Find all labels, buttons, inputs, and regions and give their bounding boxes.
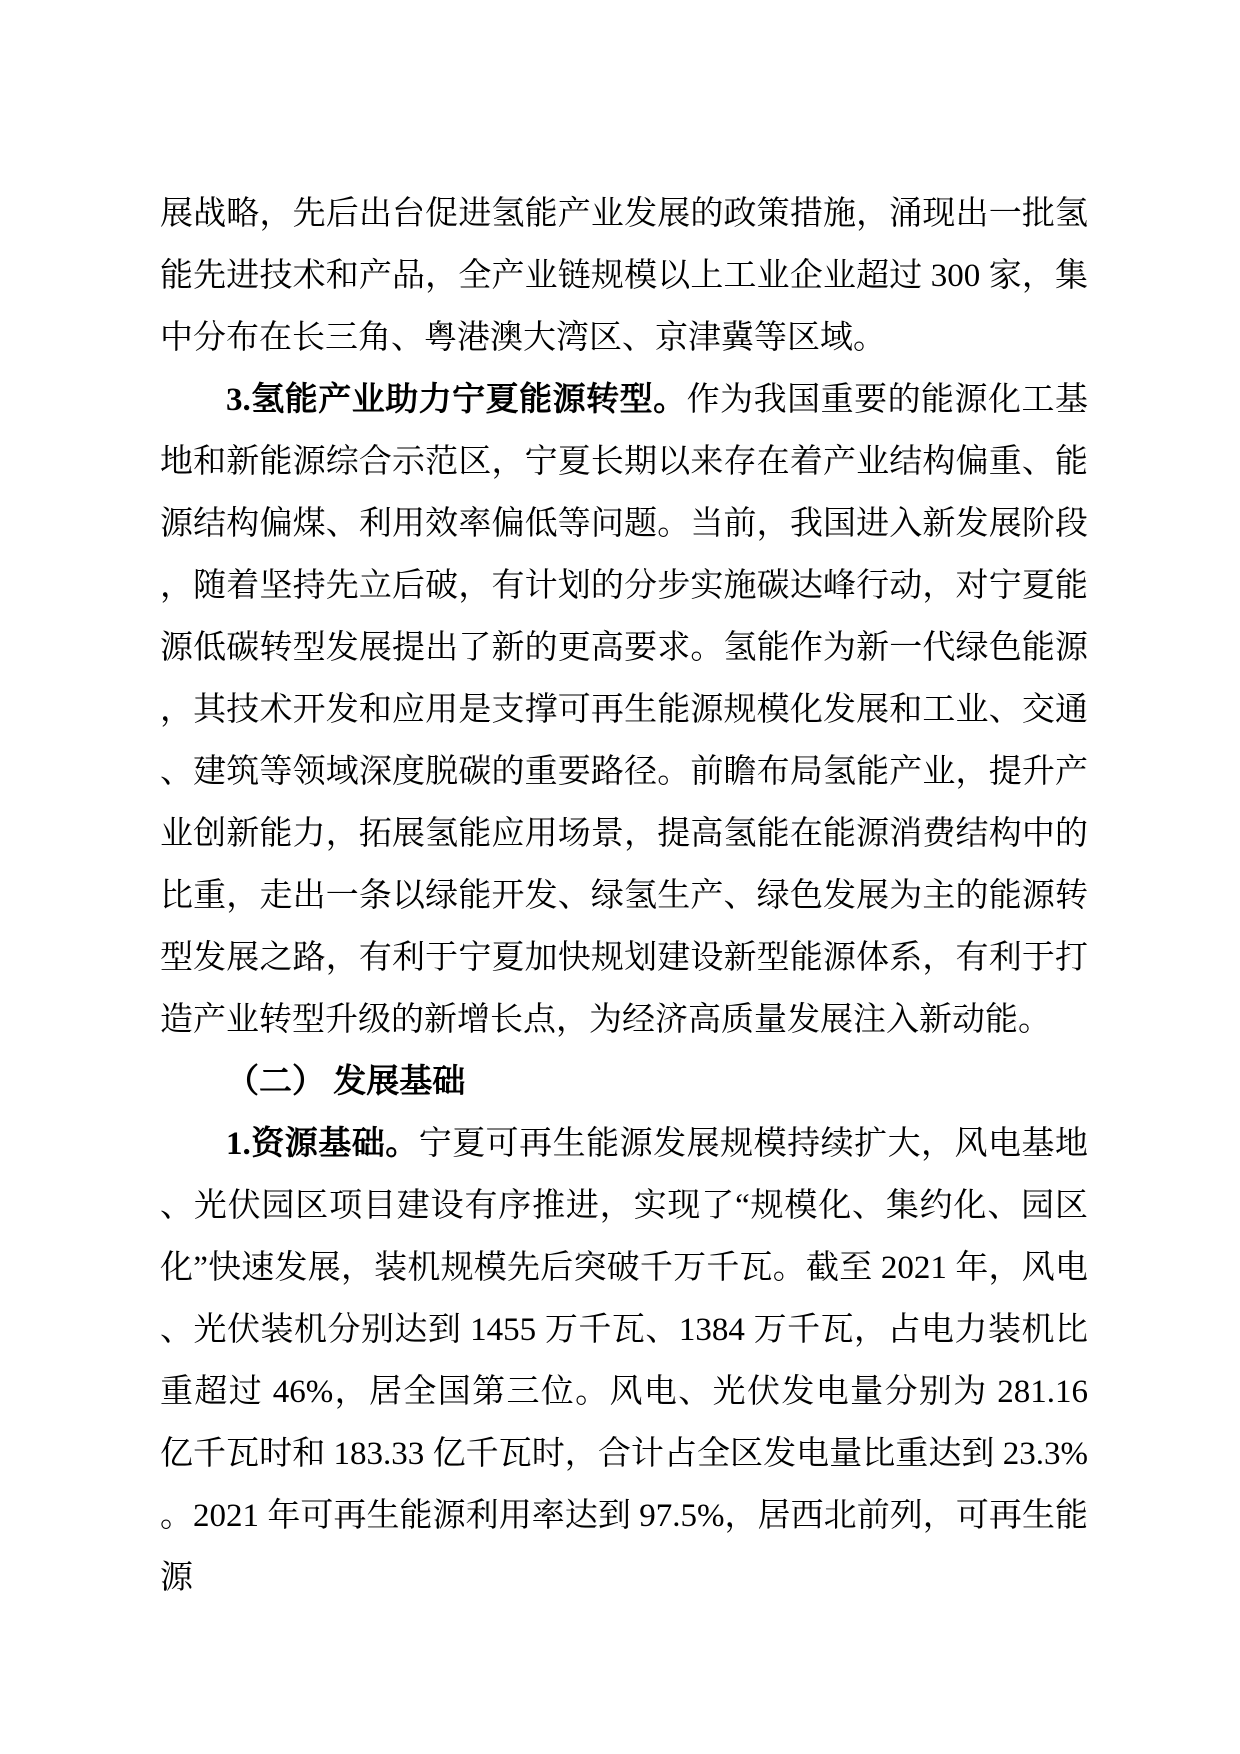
paragraph-hydrogen-ningxia-transition: 3.氢能产业助力宁夏能源转型。作为我国重要的能源化工基地和新能源综合示范区，宁夏… bbox=[160, 369, 1088, 1051]
paragraph-resource-basis: 1.资源基础。宁夏可再生能源发展规模持续扩大，风电基地、光伏园区项目建设有序推进… bbox=[160, 1113, 1088, 1609]
paragraph-continuation: 展战略，先后出台促进氢能产业发展的政策措施，涌现出一批氢能先进技术和产品，全产业… bbox=[160, 183, 1088, 369]
paragraph-lead-bold: 3.氢能产业助力宁夏能源转型。 bbox=[226, 382, 687, 418]
section-heading-text: （二） 发展基础 bbox=[226, 1064, 465, 1100]
paragraph-text: 作为我国重要的能源化工基地和新能源综合示范区，宁夏长期以来存在着产业结构偏重、能… bbox=[160, 382, 1088, 1038]
section-heading-development-basis: （二） 发展基础 bbox=[160, 1051, 1088, 1113]
paragraph-lead-bold: 1.资源基础。 bbox=[226, 1126, 419, 1162]
document-text-block: 展战略，先后出台促进氢能产业发展的政策措施，涌现出一批氢能先进技术和产品，全产业… bbox=[160, 183, 1088, 1609]
document-page: 展战略，先后出台促进氢能产业发展的政策措施，涌现出一批氢能先进技术和产品，全产业… bbox=[0, 0, 1240, 1754]
paragraph-text: 展战略，先后出台促进氢能产业发展的政策措施，涌现出一批氢能先进技术和产品，全产业… bbox=[160, 196, 1088, 356]
paragraph-text: 宁夏可再生能源发展规模持续扩大，风电基地、光伏园区项目建设有序推进，实现了“规模… bbox=[160, 1126, 1088, 1596]
